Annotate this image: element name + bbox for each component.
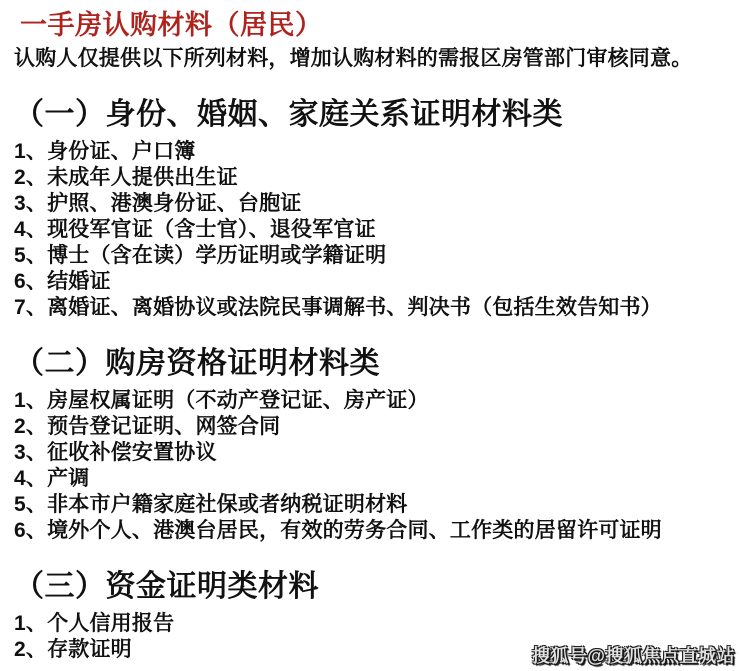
list-item: 2、预告登记证明、网签合同 <box>14 414 726 440</box>
list-item: 5、非本市户籍家庭社保或者纳税证明材料 <box>14 492 726 518</box>
list-item: 1、房屋权属证明（不动产登记证、房产证） <box>14 388 726 414</box>
list-item: 7、离婚证、离婚协议或法院民事调解书、判决书（包括生效告知书） <box>14 295 726 321</box>
section-heading: （一）身份、婚姻、家庭关系证明材料类 <box>14 98 726 132</box>
material-list: 1、身份证、户口簿 2、未成年人提供出生证 3、护照、港澳身份证、台胞证 4、现… <box>14 139 726 321</box>
section-purchase-qualification: （二）购房资格证明材料类 1、房屋权属证明（不动产登记证、房产证） 2、预告登记… <box>14 347 726 544</box>
page-subtitle: 认购人仅提供以下所列材料，增加认购材料的需报区房管部门审核同意。 <box>14 46 726 72</box>
document-page: { "page": { "title": "一手房认购材料（居民）", "tit… <box>0 0 740 671</box>
list-item: 6、结婚证 <box>14 269 726 295</box>
material-list: 1、房屋权属证明（不动产登记证、房产证） 2、预告登记证明、网签合同 3、征收补… <box>14 388 726 544</box>
list-item: 1、身份证、户口簿 <box>14 139 726 165</box>
list-item: 6、境外个人、港澳台居民，有效的劳务合同、工作类的居留许可证明 <box>14 518 726 544</box>
list-item: 2、未成年人提供出生证 <box>14 165 726 191</box>
list-item: 4、产调 <box>14 466 726 492</box>
section-identity-marriage-family: （一）身份、婚姻、家庭关系证明材料类 1、身份证、户口簿 2、未成年人提供出生证… <box>14 98 726 321</box>
list-item: 1、个人信用报告 <box>14 611 726 637</box>
section-heading: （三）资金证明类材料 <box>14 570 726 604</box>
list-item: 3、征收补偿安置协议 <box>14 440 726 466</box>
section-heading: （二）购房资格证明材料类 <box>14 347 726 381</box>
watermark: 搜狐号@搜狐焦点直城站 <box>532 642 735 668</box>
list-item: 5、博士（含在读）学历证明或学籍证明 <box>14 243 726 269</box>
list-item: 4、现役军官证（含士官）、退役军官证 <box>14 217 726 243</box>
page-title: 一手房认购材料（居民） <box>20 8 726 42</box>
list-item: 3、护照、港澳身份证、台胞证 <box>14 191 726 217</box>
